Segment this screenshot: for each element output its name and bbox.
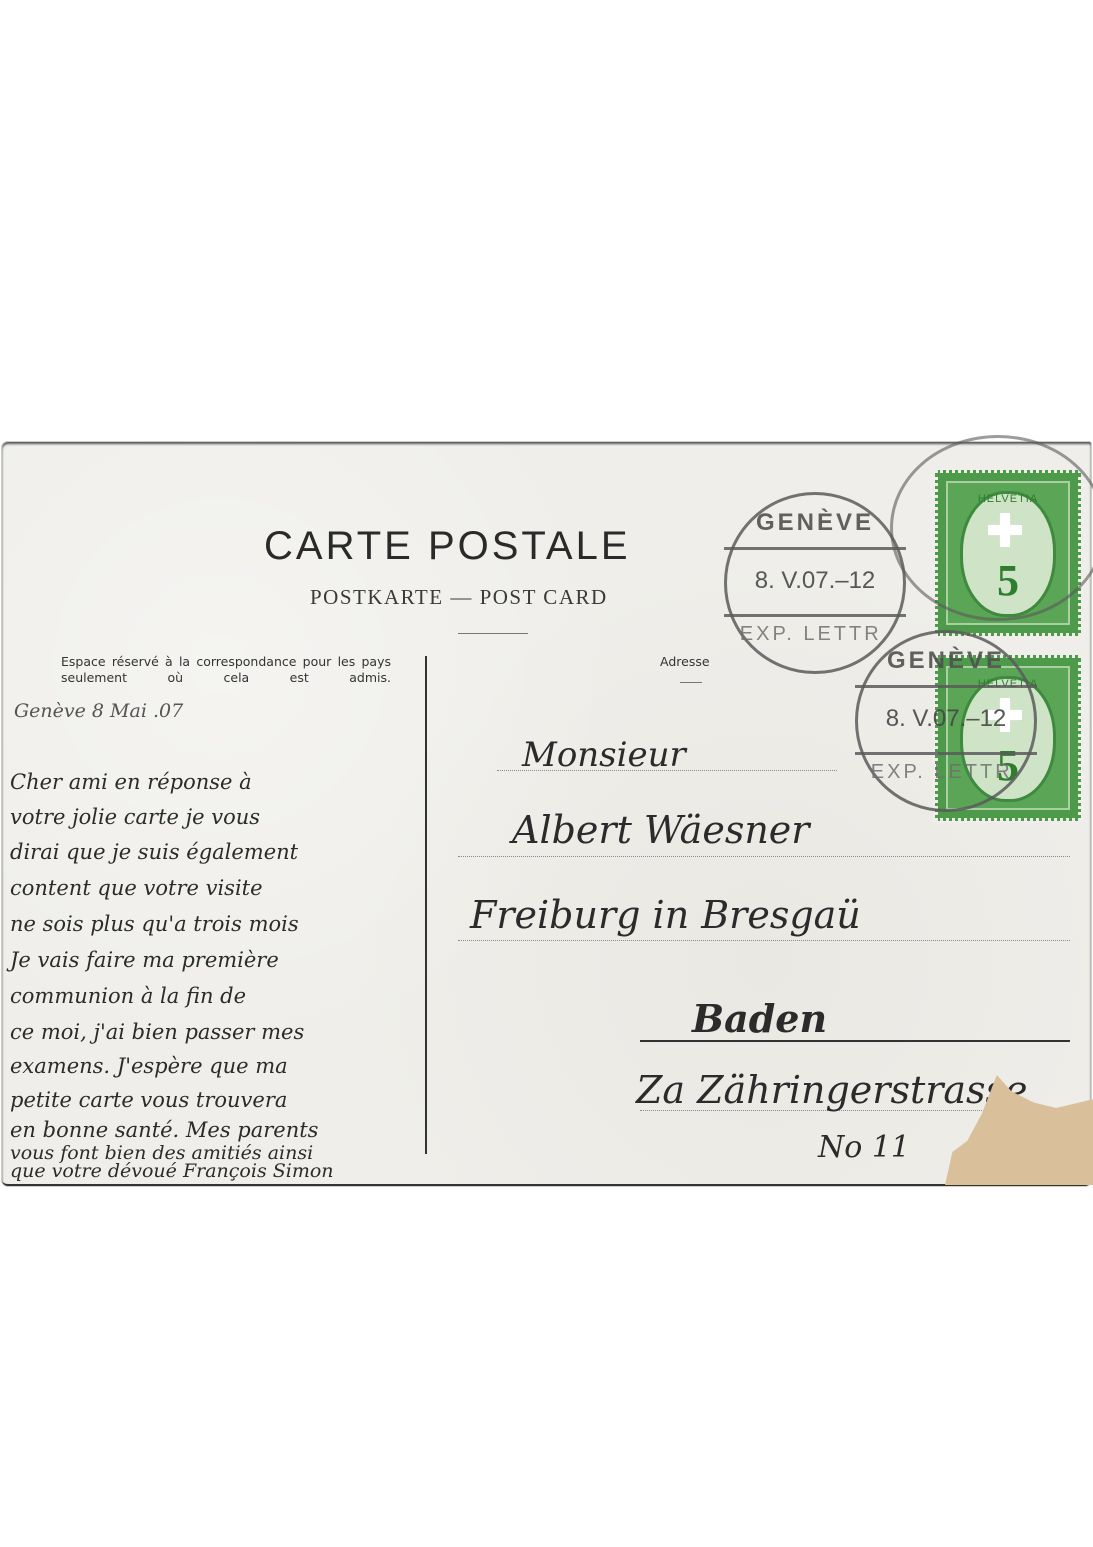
address-recipient-name: Albert Wäesner [512, 808, 809, 852]
address-label: Adresse [660, 654, 710, 669]
message-line: petite carte vous trouvera [10, 1088, 287, 1112]
message-line: ce moi, j'ai bien passer mes [10, 1020, 304, 1044]
postmark-office: EXP. LETTR. [858, 761, 1034, 784]
postmark-city: GENÈVE [727, 509, 903, 537]
postmark-city: GENÈVE [858, 647, 1034, 675]
title-rule [458, 633, 528, 634]
message-line: communion à la fin de [10, 984, 246, 1008]
postmark: GENÈVE 8. V.07.–12 EXP. LETTR. [855, 630, 1037, 812]
address-dotted-line [458, 856, 1070, 857]
postmark-date: 8. V.07.–12 [727, 567, 903, 595]
message-line: Je vais faire ma première [10, 948, 279, 972]
address-region: Baden [692, 996, 827, 1041]
message-line: en bonne santé. Mes parents [10, 1118, 318, 1142]
postmark-office: EXP. LETTR. [727, 623, 903, 646]
card-subtitle: POSTKARTE — POST CARD [310, 585, 608, 610]
message-line: dirai que je suis également [10, 840, 298, 864]
message-line: que votre dévoué François Simon [10, 1160, 334, 1182]
correspondence-instruction: Espace réservé à la correspondance pour … [61, 654, 391, 686]
postmark-partial [890, 435, 1093, 621]
message-line: votre jolie carte je vous [10, 805, 260, 829]
address-dotted-line [458, 940, 1070, 941]
center-divider [425, 656, 427, 1154]
address-city: Freiburg in Bresgaü [470, 893, 861, 937]
message-line: examens. J'espère que ma [10, 1054, 288, 1078]
address-house-number: No 11 [818, 1130, 910, 1165]
postmark-date: 8. V.07.–12 [858, 705, 1034, 733]
message-line: Cher ami en réponse à [10, 770, 252, 794]
address-rule [680, 682, 702, 683]
message-line: ne sois plus qu'a trois mois [10, 912, 299, 936]
card-title: CARTE POSTALE [264, 524, 726, 569]
message-date: Genève 8 Mai .07 [14, 700, 183, 722]
address-recipient-title: Monsieur [522, 735, 686, 775]
address-street: Za Zähringerstrasse [636, 1068, 1028, 1112]
message-line: content que votre visite [10, 876, 263, 900]
